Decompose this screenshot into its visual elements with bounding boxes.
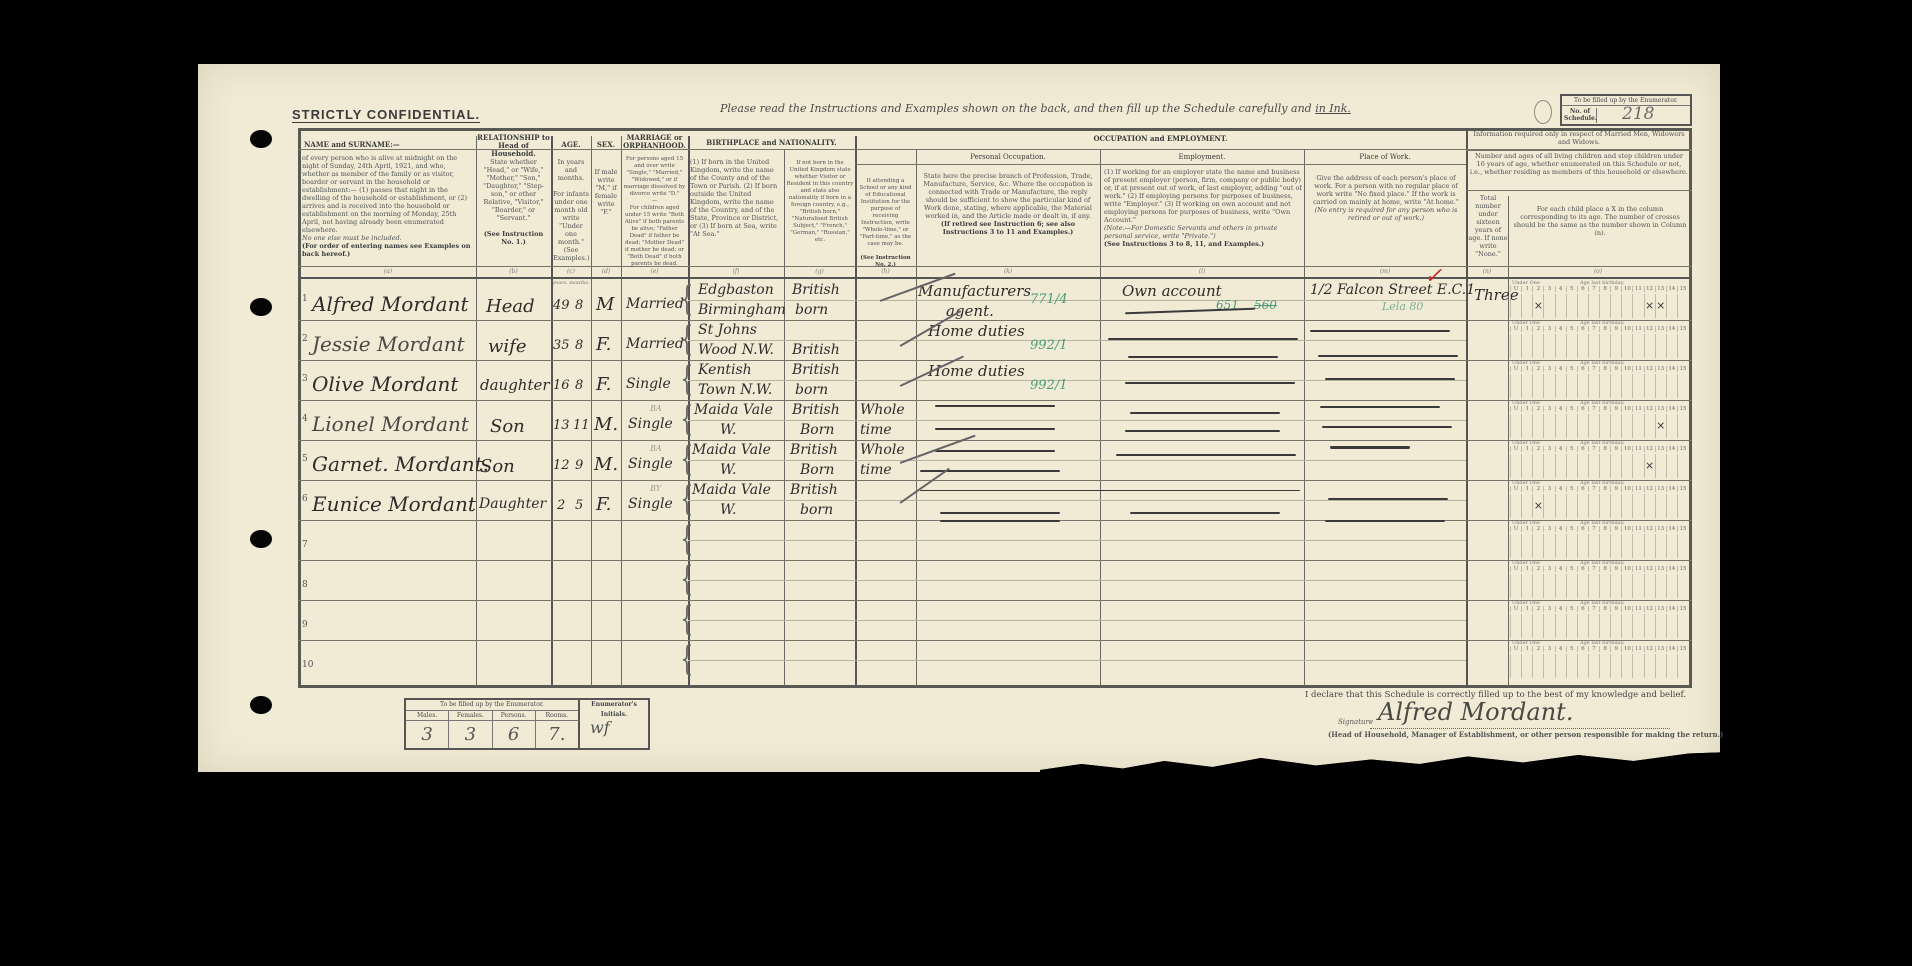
sex-cell: F. bbox=[596, 374, 611, 395]
age-months-cell: 5 bbox=[575, 498, 583, 513]
nationality-cell: born bbox=[795, 382, 828, 398]
education-cell: time bbox=[860, 422, 892, 438]
nationality-cell: Born bbox=[800, 462, 834, 478]
birthplace-cell: St Johns bbox=[698, 322, 757, 338]
header-age: AGE. bbox=[551, 140, 591, 149]
punch-hole bbox=[250, 696, 272, 714]
children-age-grid: Under One Age last birthday. U1234567891… bbox=[1510, 560, 1688, 600]
females-label: Females. bbox=[449, 711, 492, 720]
circle-mark bbox=[1534, 100, 1552, 124]
persons-label: Persons. bbox=[493, 711, 536, 720]
employment-code-struck: 560 bbox=[1254, 298, 1277, 312]
relationship-cell: Daughter bbox=[479, 496, 546, 512]
occupation-cell: Home duties bbox=[928, 322, 1025, 340]
row-number: 6 bbox=[302, 494, 308, 504]
instruction-age: In years and months.For infants under on… bbox=[553, 158, 589, 262]
row-number: 10 bbox=[302, 660, 313, 670]
signature-line bbox=[1370, 728, 1670, 729]
birthplace-cell: Maida Vale bbox=[692, 482, 771, 498]
birthplace-cell: W. bbox=[720, 422, 736, 438]
name-cell: Eunice Mordant bbox=[312, 492, 476, 516]
place-of-work-cell: 1/2 Falcon Street E.C.1 bbox=[1310, 282, 1475, 298]
age-years-cell: 49 bbox=[553, 298, 570, 313]
name-cell: Olive Mordant bbox=[312, 372, 458, 396]
signature: Alfred Mordant. bbox=[1378, 698, 1573, 726]
header-marriage: MARRIAGE or ORPHANHOOD. bbox=[621, 134, 688, 150]
header-children-group: Information required only in respect of … bbox=[1468, 130, 1690, 146]
column-letter: (l) bbox=[1100, 268, 1304, 275]
header-occupation-group: OCCUPATION and EMPLOYMENT. bbox=[855, 134, 1466, 143]
enumerator-initials-label: Enumerator's Initials. bbox=[580, 700, 648, 720]
name-cell: Jessie Mordant bbox=[312, 332, 465, 356]
header-place-of-work: Place of Work. bbox=[1304, 153, 1466, 161]
females-count: 3 bbox=[449, 721, 492, 748]
relationship-cell: Son bbox=[480, 456, 515, 477]
children-age-grid: Under One Age last birthday. U1234567891… bbox=[1510, 320, 1688, 360]
employment-cell: Own account bbox=[1122, 282, 1222, 300]
birthplace-cell: Town N.W. bbox=[698, 382, 772, 398]
name-cell: Alfred Mordant bbox=[312, 292, 469, 316]
marriage-cell: Single bbox=[628, 456, 673, 472]
column-letter: (a) bbox=[300, 268, 476, 275]
row-number: 1 bbox=[302, 294, 308, 304]
nationality-cell: British bbox=[790, 442, 838, 458]
instruction-employment: (1) If working for an employer state the… bbox=[1104, 168, 1302, 248]
marriage-cell: Married bbox=[626, 336, 684, 352]
instruction-place-of-work: Give the address of each person's place … bbox=[1308, 174, 1464, 222]
row-number: 3 bbox=[302, 374, 308, 384]
enumerator-header: To be filled up by the Enumerator. bbox=[406, 700, 580, 711]
age-years-cell: 35 bbox=[553, 338, 570, 353]
punch-hole bbox=[250, 298, 272, 316]
nationality-cell: born bbox=[800, 502, 833, 518]
punch-hole bbox=[250, 130, 272, 148]
enumerator-box: To be filled up by the Enumerator. Enume… bbox=[404, 698, 650, 750]
punch-hole bbox=[250, 530, 272, 548]
children-age-grid: Under One Age last birthday. U1234567891… bbox=[1510, 600, 1688, 640]
nationality-cell: British bbox=[790, 482, 838, 498]
column-letter: (c) bbox=[551, 268, 591, 275]
age-years-cell: 13 bbox=[553, 418, 570, 433]
instruction-personal-occupation: State here the precise branch of Profess… bbox=[918, 172, 1098, 236]
birthplace-cell: W. bbox=[720, 502, 736, 518]
males-count: 3 bbox=[406, 721, 449, 748]
sex-cell: M. bbox=[594, 414, 618, 435]
children-age-grid: Under One Age last birthday. U1234567891… bbox=[1510, 480, 1688, 520]
column-letter: (f) bbox=[688, 268, 784, 275]
nationality-cell: Born bbox=[800, 422, 834, 438]
check-mark-icon: ✓ bbox=[1424, 264, 1442, 289]
column-letter: (e) bbox=[621, 268, 688, 275]
row-number: 4 bbox=[302, 414, 308, 424]
header-sex: SEX. bbox=[591, 140, 621, 149]
column-letter: (d) bbox=[591, 268, 621, 275]
name-cell: Garnet. Mordant. bbox=[312, 452, 489, 476]
education-cell: Whole bbox=[860, 442, 905, 458]
instruction-relationship: State whether "Head," or "Wife," "Mother… bbox=[478, 158, 549, 246]
age-months-cell: 8 bbox=[575, 298, 583, 313]
occupation-code: 992/1 bbox=[1030, 378, 1067, 393]
place-code: Lela 80 bbox=[1382, 300, 1423, 313]
marriage-annotation: BA bbox=[650, 404, 662, 413]
signature-label: Signature bbox=[1338, 718, 1373, 726]
marriage-cell: Married bbox=[626, 296, 684, 312]
row-number: 2 bbox=[302, 334, 308, 344]
relationship-cell: Head bbox=[486, 296, 535, 317]
header-relationship: RELATIONSHIP to Head of Household. bbox=[476, 134, 551, 158]
relationship-cell: wife bbox=[488, 336, 526, 357]
age-years-cell: 2 bbox=[557, 498, 565, 513]
relationship-cell: daughter bbox=[480, 376, 550, 394]
marriage-cell: Single bbox=[626, 376, 671, 392]
males-label: Males. bbox=[406, 711, 449, 720]
birthplace-cell: W. bbox=[720, 462, 736, 478]
persons-count: 6 bbox=[493, 721, 536, 748]
age-years-cell: 12 bbox=[553, 458, 570, 473]
children-age-grid: Under One Age last birthday. U1234567891… bbox=[1510, 520, 1688, 560]
header-employment: Employment. bbox=[1100, 153, 1304, 161]
children-age-grid: Under One Age last birthday. U1234567891… bbox=[1510, 280, 1688, 320]
sex-cell: M. bbox=[594, 454, 618, 475]
instruction-line: Please read the Instructions and Example… bbox=[720, 102, 1351, 115]
instruction-children-ages: For each child place a X in the column c… bbox=[1512, 205, 1688, 237]
marriage-annotation: BY bbox=[650, 484, 661, 493]
marriage-cell: Single bbox=[628, 416, 673, 432]
instruction-sex: If male write "M," if female write "F." bbox=[593, 168, 619, 216]
sex-cell: F. bbox=[596, 334, 611, 355]
column-letter: (k) bbox=[916, 268, 1100, 275]
page-title: STRICTLY CONFIDENTIAL. bbox=[292, 107, 480, 122]
rooms-label: Rooms. bbox=[536, 711, 578, 720]
header-personal-occupation: Personal Occupation. bbox=[916, 153, 1100, 161]
row-number: 5 bbox=[302, 454, 308, 464]
children-age-grid: Under One Age last birthday. U1234567891… bbox=[1510, 360, 1688, 400]
header-name: NAME and SURNAME:— bbox=[300, 140, 476, 149]
children-age-grid: Under One Age last birthday. U1234567891… bbox=[1510, 440, 1688, 480]
age-months-cell: 9 bbox=[575, 458, 583, 473]
instruction-total-children: Total number under sixteen years of age.… bbox=[1468, 194, 1508, 258]
schedule-number-box: To be filled up by the Enumerator. No. o… bbox=[1560, 94, 1692, 126]
age-months-cell: 11 bbox=[573, 418, 590, 433]
age-years-cell: 16 bbox=[553, 378, 570, 393]
instruction-education: If attending a School or any kind of Edu… bbox=[857, 178, 914, 269]
instruction-nationality: If not born in the United Kingdom state … bbox=[786, 160, 854, 244]
column-letter: (o) bbox=[1508, 268, 1688, 275]
birthplace-cell: Maida Vale bbox=[694, 402, 773, 418]
age-subheader: years. months. bbox=[551, 280, 591, 286]
age-months-cell: 8 bbox=[575, 378, 583, 393]
nationality-cell: British bbox=[792, 342, 840, 358]
rooms-count: 7. bbox=[536, 721, 578, 748]
column-letter: (g) bbox=[784, 268, 855, 275]
children-age-grid: Under One Age last birthday. U1234567891… bbox=[1510, 640, 1688, 680]
column-letter: (b) bbox=[476, 268, 551, 275]
nationality-cell: British bbox=[792, 282, 840, 298]
row-number: 7 bbox=[302, 540, 308, 550]
education-cell: time bbox=[860, 462, 892, 478]
age-months-cell: 8 bbox=[575, 338, 583, 353]
instruction-birthplace: (1) If born in the United Kingdom, write… bbox=[690, 158, 782, 238]
sex-cell: F. bbox=[596, 494, 611, 515]
column-letter: (h) bbox=[855, 268, 916, 275]
children-age-grid: Under One Age last birthday. U1234567891… bbox=[1510, 400, 1688, 440]
signature-subtitle: (Head of Household, Manager of Establish… bbox=[1328, 730, 1723, 739]
birthplace-cell: Edgbaston bbox=[698, 282, 774, 298]
marriage-annotation: BA bbox=[650, 444, 662, 453]
birthplace-cell: Maida Vale bbox=[692, 442, 771, 458]
schedule-number: 218 bbox=[1622, 104, 1654, 124]
instruction-marriage: For persons aged 15 and over write "Sing… bbox=[623, 156, 686, 268]
nationality-cell: British bbox=[792, 402, 840, 418]
birthplace-cell: Kentish bbox=[698, 362, 752, 378]
column-letter: (n) bbox=[1466, 268, 1508, 275]
occupation-code: 771/4 bbox=[1030, 292, 1067, 307]
education-cell: Whole bbox=[860, 402, 905, 418]
marriage-cell: Single bbox=[628, 496, 673, 512]
schedule-box-label: No. of Schedule. bbox=[1564, 108, 1597, 123]
occupation-cell: Manufacturers bbox=[918, 282, 1031, 300]
enumerator-initials: wf bbox=[590, 718, 610, 737]
occupation-code: 992/1 bbox=[1030, 338, 1067, 353]
instruction-name: of every person who is alive at midnight… bbox=[302, 154, 474, 258]
birthplace-cell: Wood N.W. bbox=[698, 342, 774, 358]
instruction-children: Number and ages of all living children a… bbox=[1470, 152, 1688, 176]
name-cell: Lionel Mordant bbox=[312, 412, 469, 436]
sex-cell: M bbox=[596, 294, 614, 315]
row-number: 8 bbox=[302, 580, 308, 590]
header-birthplace: BIRTHPLACE and NATIONALITY. bbox=[688, 138, 855, 147]
birthplace-cell: Birmingham bbox=[698, 302, 786, 318]
relationship-cell: Son bbox=[490, 416, 525, 437]
nationality-cell: British bbox=[792, 362, 840, 378]
row-number: 9 bbox=[302, 620, 308, 630]
occupation-cell: agent. bbox=[946, 302, 994, 320]
nationality-cell: born bbox=[795, 302, 828, 318]
